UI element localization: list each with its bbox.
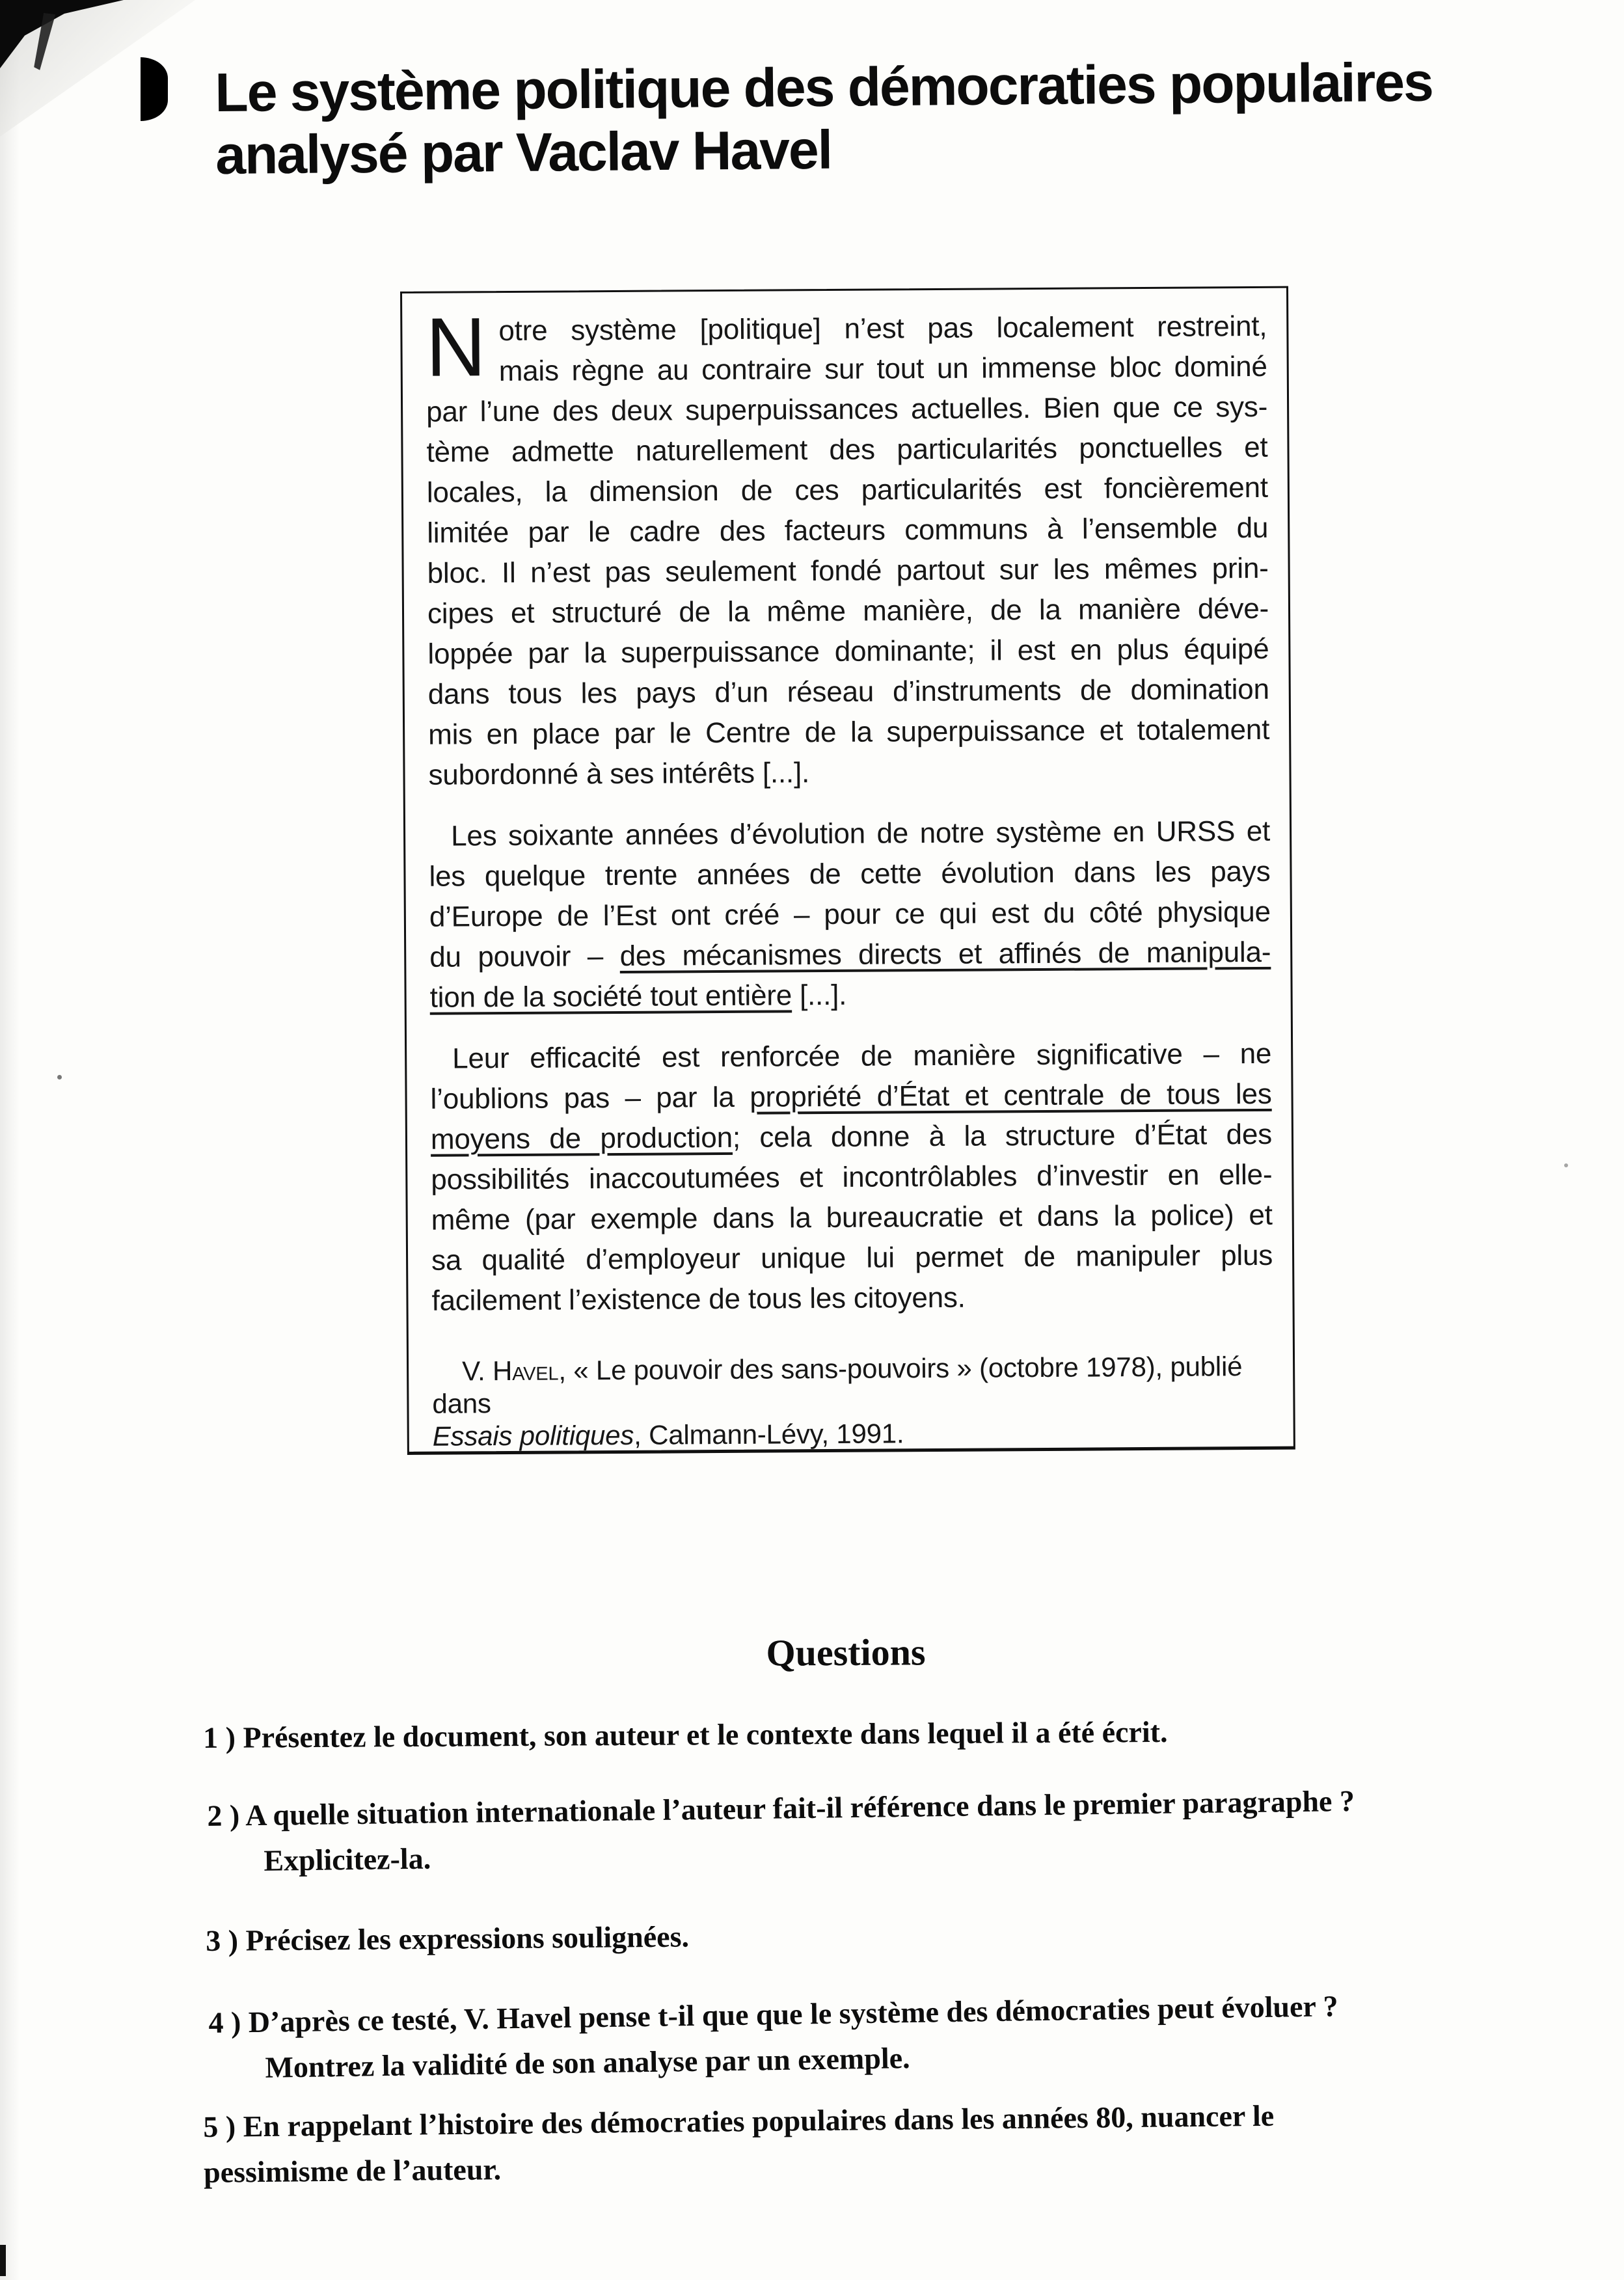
underlined-expression: tion de la société tout entière: [429, 979, 792, 1013]
text-line: par l’une des deux superpuissances actue…: [426, 387, 1267, 433]
text-segment: même (par exemple dans la bureaucratie e…: [431, 1199, 1273, 1236]
text-segment: V.: [462, 1355, 493, 1386]
question-2: 2 ) A quelle situation internationale l’…: [207, 1775, 1607, 1884]
half-disc-bullet-icon: [141, 57, 168, 121]
text-segment: limitée par le cadre des facteurs commun…: [427, 512, 1268, 549]
title-line-2: analysé par Vaclav Havel: [215, 112, 1569, 186]
quote-paragraph-3: Leur efficacité est renforcée de manière…: [430, 1034, 1273, 1322]
text-segment: [...].: [792, 979, 846, 1012]
text-segment: Les soixante années d’évolution de notre…: [451, 815, 1270, 852]
text-line: bloc. Il n’est pas seulement fondé parto…: [427, 549, 1268, 594]
text-line: possibilités inaccoutumées et incontrôla…: [431, 1155, 1272, 1201]
question-line: 3 ) Précisez les expressions soulignées.: [206, 1906, 1605, 1964]
text-line: sa qualité d’employeur unique lui permet…: [431, 1236, 1273, 1281]
text-segment: locales, la dimension de ces particulari…: [427, 472, 1268, 509]
text-segment: subordonné à ses intérêts [...].: [428, 757, 809, 791]
text-segment: , Calmann-Lévy, 1991.: [634, 1418, 904, 1450]
quote-box: N otre système [politique] n’est pas loc…: [400, 286, 1295, 1455]
text-segment: l’oublions pas – par la: [430, 1081, 750, 1115]
text-line: les quelque trente années de cette évolu…: [429, 852, 1270, 897]
source-citation: V. Havel, « Le pouvoir des sans-pouvoirs…: [432, 1350, 1274, 1453]
text-segment: otre système [politique] n’est pas local…: [498, 310, 1267, 347]
text-segment: tème admette naturellement des particula…: [426, 431, 1267, 468]
text-segment: possibilités inaccoutumées et incontrôla…: [431, 1159, 1272, 1196]
underlined-expression: moyens de production: [431, 1122, 733, 1156]
text-line: d’Europe de l’Est ont créé – pour ce qui…: [429, 892, 1271, 938]
text-segment: Essais politiques: [433, 1420, 634, 1452]
text-segment: bloc. Il n’est pas seulement fondé parto…: [427, 552, 1268, 590]
text-line: tème admette naturellement des particula…: [426, 428, 1267, 473]
text-line: Leur efficacité est renforcée de manière…: [430, 1034, 1271, 1079]
text-line: facilement l’existence de tous les citoy…: [431, 1276, 1273, 1322]
underlined-expression: des mécanismes directs et affinés de man…: [620, 936, 1271, 972]
question-5: 5 ) En rappelant l’histoire des démocrat…: [203, 2089, 1603, 2195]
question-4: 4 ) D’après ce testé, V. Havel pense t-i…: [208, 1979, 1608, 2091]
text-segment: sa qualité d’employeur unique lui permet…: [431, 1240, 1273, 1277]
text-line: subordonné à ses intérêts [...].: [428, 750, 1269, 796]
text-segment: dans tous les pays d’un réseau d’instrum…: [428, 673, 1269, 711]
text-line: mais règne au contraire sur tout un imme…: [426, 347, 1267, 392]
text-line: mis en place par le Centre de la superpu…: [428, 710, 1269, 755]
text-line: du pouvoir – des mécanismes directs et a…: [429, 932, 1271, 978]
document-title: Le système politique des démocraties pop…: [215, 49, 1569, 186]
text-segment: du pouvoir –: [429, 940, 620, 973]
quote-paragraph-1: N otre système [politique] n’est pas loc…: [426, 306, 1270, 796]
text-segment: cipes et structuré de la même manière, d…: [427, 593, 1269, 630]
text-line: même (par exemple dans la bureaucratie e…: [431, 1195, 1273, 1241]
text-line: l’oublions pas – par la propriété d’État…: [430, 1074, 1271, 1120]
text-segment: Havel: [493, 1355, 559, 1387]
text-segment: d’Europe de l’Est ont créé – pour ce qui…: [429, 896, 1271, 933]
text-segment: loppée par la superpuissance dominante; …: [427, 633, 1269, 670]
text-segment: Leur efficacité est renforcée de manière…: [452, 1038, 1271, 1075]
text-line: limitée par le cadre des facteurs commun…: [427, 508, 1268, 554]
text-line: cipes et structuré de la même manière, d…: [427, 589, 1269, 634]
text-segment: par l’une des deux superpuissances actue…: [426, 391, 1267, 428]
text-line: V. Havel, « Le pouvoir des sans-pouvoirs…: [432, 1350, 1274, 1420]
drop-cap: N: [426, 306, 486, 390]
text-line: Les soixante années d’évolution de notre…: [429, 811, 1270, 857]
text-line: otre système [politique] n’est pas local…: [426, 306, 1267, 352]
text-segment: mais règne au contraire sur tout un imme…: [499, 351, 1267, 387]
text-segment: mis en place par le Centre de la superpu…: [428, 714, 1269, 751]
text-line: loppée par la superpuissance dominante; …: [427, 629, 1269, 675]
text-line: Essais politiques, Calmann-Lévy, 1991.: [433, 1415, 1274, 1453]
text-line: locales, la dimension de ces particulari…: [427, 468, 1268, 513]
scanned-worksheet-page: Le système politique des démocraties pop…: [0, 0, 1624, 2280]
scan-speck: [1564, 1163, 1568, 1167]
text-segment: les quelque trente années de cette évolu…: [429, 856, 1270, 893]
text-line: dans tous les pays d’un réseau d’instrum…: [428, 670, 1269, 715]
question-line: 1 ) Présentez le document, son auteur et…: [203, 1707, 1602, 1761]
bottom-left-scan-mark: [0, 2245, 6, 2276]
question-3: 3 ) Précisez les expressions soulignées.: [206, 1906, 1605, 1964]
scan-speck: [57, 1075, 62, 1079]
text-segment: ; cela donne à la structure d’État des: [733, 1119, 1272, 1154]
text-line: moyens de production; cela donne à la st…: [431, 1115, 1272, 1160]
question-1: 1 ) Présentez le document, son auteur et…: [203, 1707, 1602, 1761]
title-line-1: Le système politique des démocraties pop…: [215, 49, 1569, 124]
questions-heading: Questions: [664, 1630, 1028, 1676]
text-line: tion de la société tout entière [...].: [429, 973, 1271, 1018]
left-edge-scan-shadow: [0, 0, 20, 2280]
quote-paragraph-2: Les soixante années d’évolution de notre…: [429, 811, 1271, 1018]
underlined-expression: propriété d’État et centrale de tous les: [750, 1078, 1272, 1113]
text-segment: facilement l’existence de tous les citoy…: [431, 1282, 966, 1317]
